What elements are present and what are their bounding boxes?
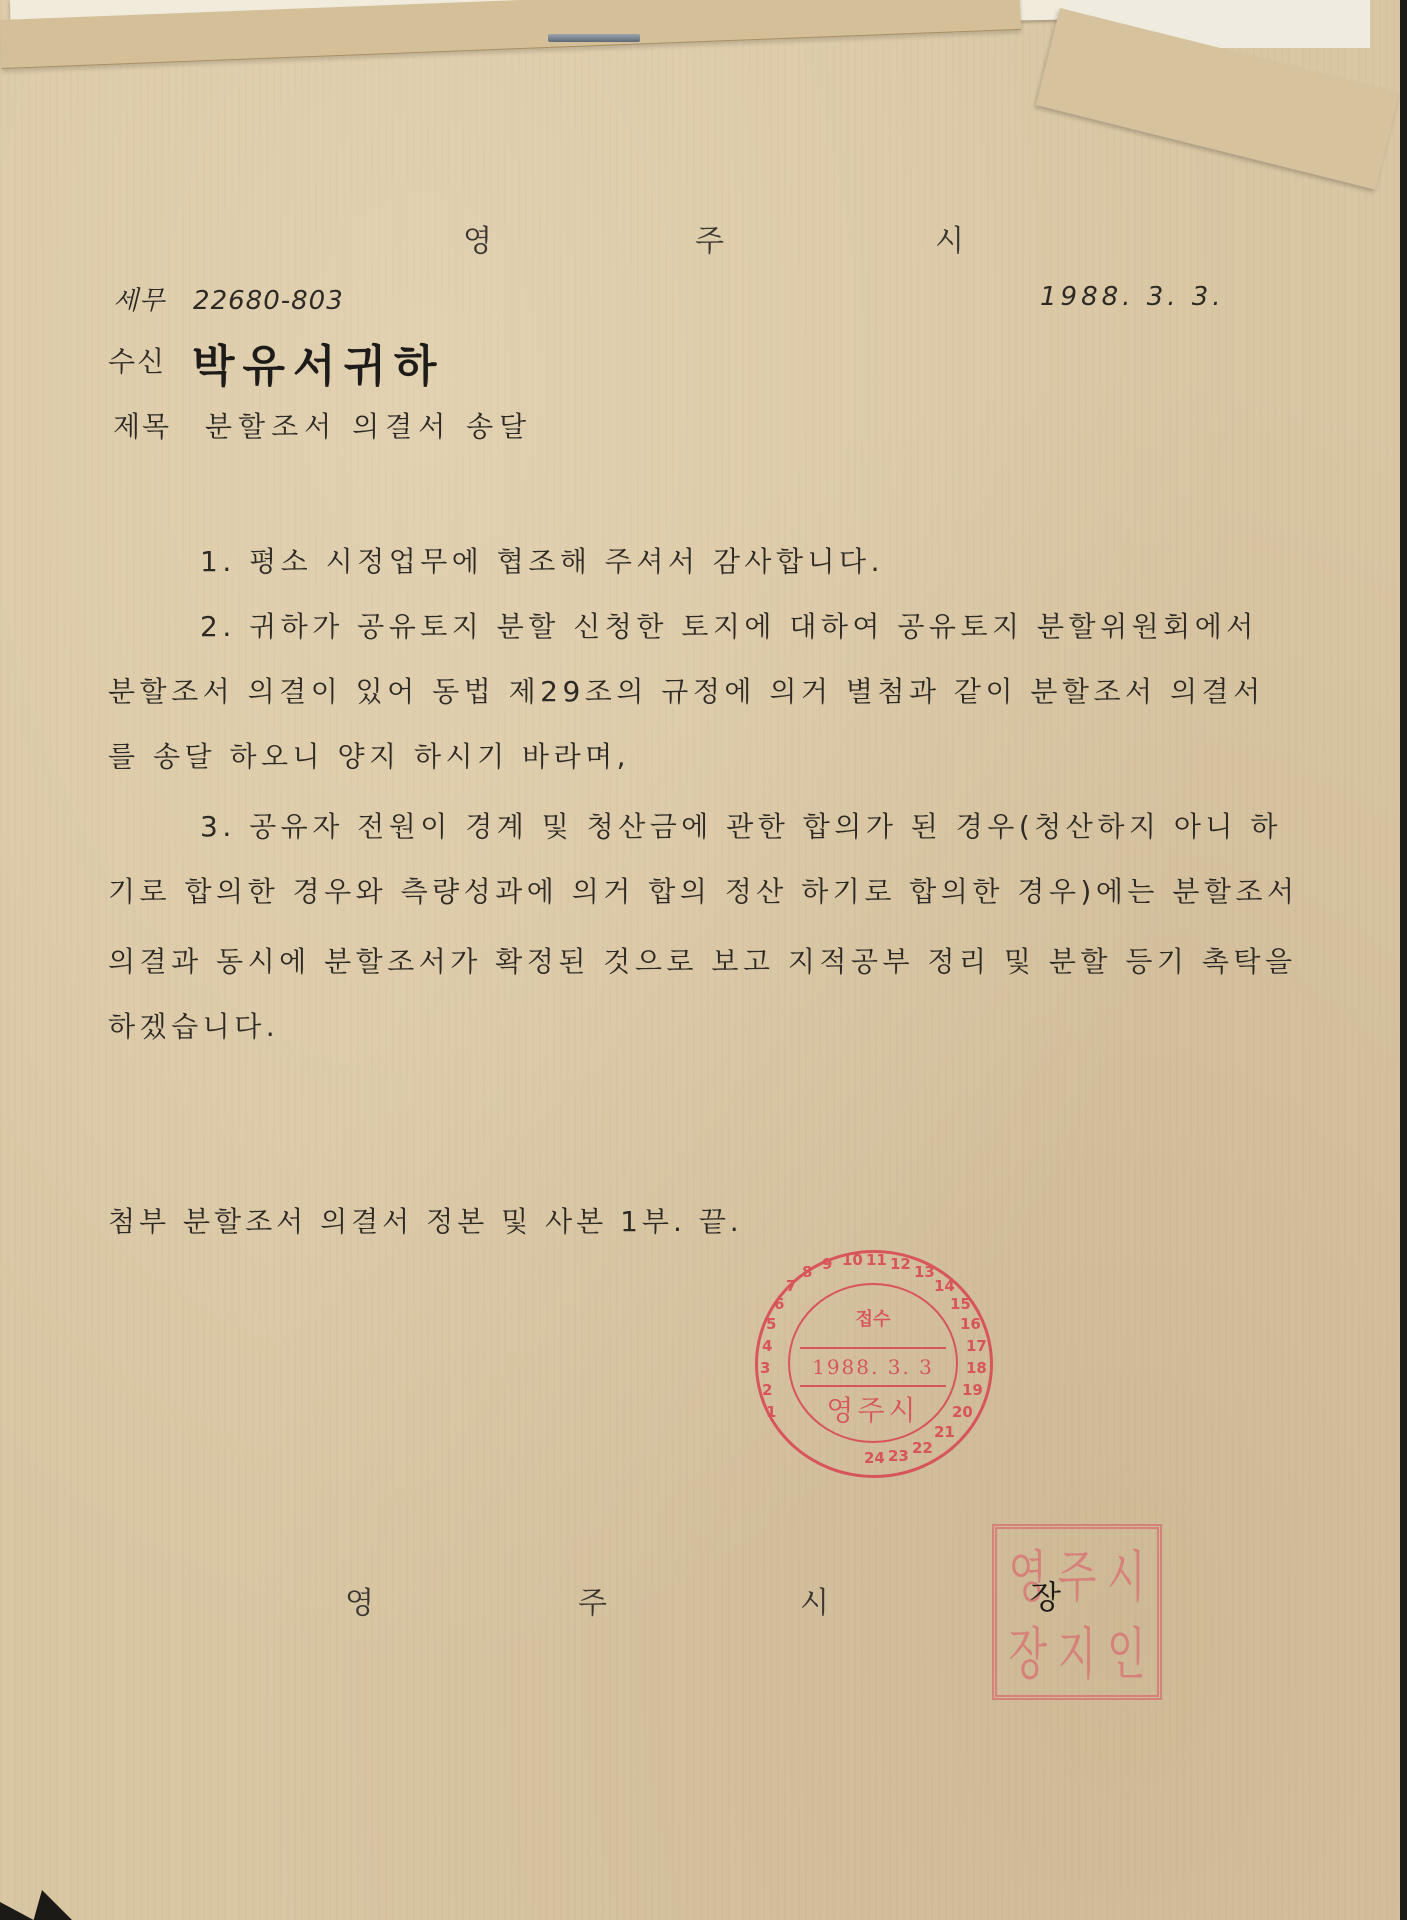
torn-corner bbox=[0, 1890, 120, 1920]
recipient-label: 수신 bbox=[108, 340, 166, 380]
stamp-hour: 6 bbox=[774, 1295, 784, 1313]
recipient-name: 박유서귀하 bbox=[192, 330, 445, 394]
body-line: 1. 평소 시정업무에 협조해 주셔서 감사합니다. bbox=[200, 540, 884, 580]
document-page: 영 주 시 세무 22680-803 1988. 3. 3. 수신 박유서귀하 … bbox=[0, 0, 1400, 1920]
stamp-hour: 3 bbox=[760, 1359, 770, 1377]
stamp-hour: 22 bbox=[912, 1439, 933, 1457]
stamp-date: 1988. 3. 3 bbox=[790, 1355, 956, 1379]
stamp-divider bbox=[800, 1385, 946, 1387]
stamp-received-label: 접수 bbox=[790, 1305, 956, 1331]
document-date: 1988. 3. 3. bbox=[1040, 282, 1225, 312]
stamp-hour: 8 bbox=[802, 1263, 812, 1281]
stamp-hour: 17 bbox=[966, 1337, 987, 1355]
body-line: 의결과 동시에 분할조서가 확정된 것으로 보고 지적공부 정리 및 분할 등기… bbox=[108, 940, 1297, 980]
footer-issuer-char: 장 bbox=[1030, 1572, 1061, 1618]
stamp-hour: 4 bbox=[762, 1337, 772, 1355]
footer-issuer-char: 시 bbox=[800, 1578, 829, 1622]
stamp-office: 영주시 bbox=[790, 1389, 956, 1429]
receipt-stamp: 1 2 3 4 5 6 7 8 9 10 11 12 13 14 15 16 1… bbox=[755, 1250, 993, 1478]
document-number-label: 세무 bbox=[113, 286, 165, 316]
stamp-hour: 18 bbox=[966, 1359, 987, 1377]
attachment-note: 첨부 분할조서 의결서 정본 및 사본 1부. 끝. bbox=[108, 1200, 743, 1240]
header-issuer-char: 주 bbox=[695, 216, 724, 260]
footer-issuer-char: 영 bbox=[345, 1578, 374, 1622]
stamp-hour: 19 bbox=[962, 1381, 983, 1399]
document-number-value: 22680-803 bbox=[193, 286, 344, 316]
stamp-hour: 1 bbox=[766, 1403, 776, 1421]
stamp-hour: 9 bbox=[822, 1255, 832, 1273]
body-line: 기로 합의한 경우와 측량성과에 의거 합의 정산 하기로 합의한 경우)에는 … bbox=[108, 870, 1299, 910]
stamp-hour: 24 bbox=[864, 1449, 885, 1467]
stamp-hour: 12 bbox=[890, 1255, 911, 1273]
body-line: 3. 공유자 전원이 경계 및 청산금에 관한 합의가 된 경우(청산하지 아니… bbox=[200, 805, 1282, 845]
stamp-hour: 5 bbox=[766, 1315, 776, 1333]
body-line: 2. 귀하가 공유토지 분할 신청한 토지에 대하여 공유토지 분할위원회에서 bbox=[200, 605, 1258, 645]
footer-issuer-char: 주 bbox=[578, 1578, 607, 1622]
header-issuer-char: 시 bbox=[935, 216, 964, 260]
subject-label: 제목 bbox=[113, 405, 171, 445]
header-issuer-char: 영 bbox=[463, 216, 492, 260]
staple-icon bbox=[548, 34, 640, 42]
seal-char: 인 bbox=[1104, 1599, 1149, 1701]
stamp-hour: 2 bbox=[762, 1381, 772, 1399]
stamp-divider bbox=[800, 1347, 946, 1349]
stamp-hour: 16 bbox=[960, 1315, 981, 1333]
stamp-hour: 14 bbox=[934, 1277, 955, 1295]
body-line: 하겠습니다. bbox=[108, 1005, 279, 1045]
seal-char: 지 bbox=[1054, 1599, 1099, 1701]
stamp-inner-ring: 접수 1988. 3. 3 영주시 bbox=[788, 1283, 958, 1443]
body-line: 분할조서 의결이 있어 동법 제29조의 규정에 의거 별첨과 같이 분할조서 … bbox=[108, 670, 1265, 710]
official-seal: 영 주 시 장 지 인 bbox=[992, 1524, 1162, 1700]
stamp-hour: 11 bbox=[866, 1251, 887, 1269]
body-line: 를 송달 하오니 양지 하시기 바라며, bbox=[108, 735, 630, 775]
subject-text: 분할조서 의결서 송달 bbox=[205, 405, 532, 445]
stamp-hour: 13 bbox=[914, 1263, 935, 1281]
stamp-hour: 23 bbox=[888, 1447, 909, 1465]
document-number: 세무 22680-803 bbox=[113, 280, 344, 317]
stamp-hour: 10 bbox=[842, 1251, 863, 1269]
stamp-hour: 7 bbox=[786, 1277, 796, 1295]
